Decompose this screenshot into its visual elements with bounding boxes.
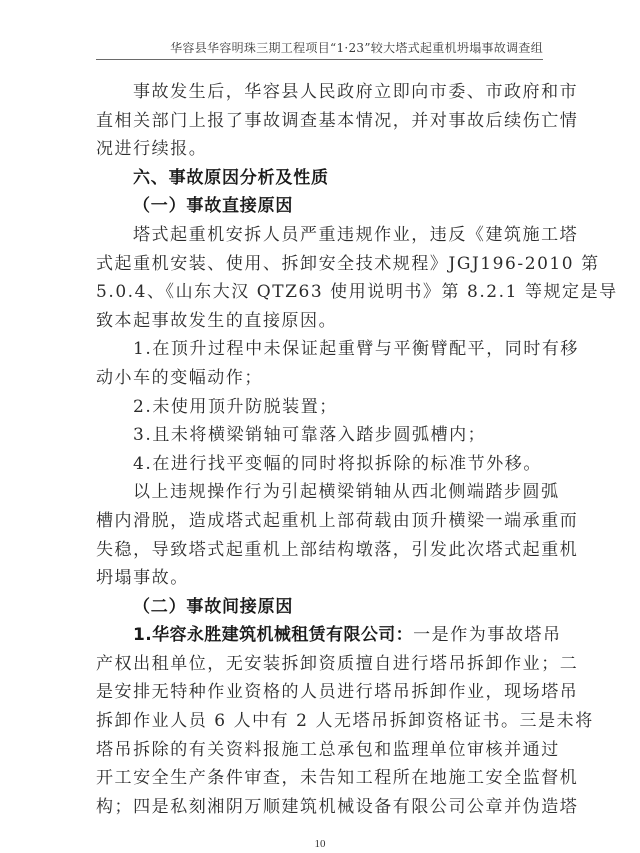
paragraph-line: 失稳，导致塔式起重机上部结构墩落，引发此次塔式起重机	[96, 536, 548, 565]
running-header: 华容县华容明珠三期工程项目“1·23”较大塔式起重机坍塌事故调查组	[96, 40, 543, 60]
paragraph-line: 坍塌事故。	[96, 564, 548, 593]
paragraph-line: 开工安全生产条件审查，未告知工程所在地施工安全监督机	[96, 764, 548, 793]
section-heading: 六、事故原因分析及性质	[96, 164, 548, 193]
paragraph-line: 5.0.4、《山东大汉 QTZ63 使用说明书》第 8.2.1 等规定是导	[96, 278, 548, 307]
paragraph-text: 一是作为事故塔吊	[413, 625, 561, 645]
subsection-heading: （二）事故间接原因	[96, 593, 548, 622]
paragraph-line: 槽内滑脱，造成塔式起重机上部荷载由顶升横梁一端承重而	[96, 507, 548, 536]
paragraph-line: 致本起事故发生的直接原因。	[96, 307, 548, 336]
paragraph-line: 以上违规操作行为引起横梁销轴从西北侧端踏步圆弧	[96, 478, 548, 507]
list-item: 2.未使用顶升防脱装置；	[96, 393, 548, 422]
list-item-continuation: 动小车的变幅动作；	[96, 364, 548, 393]
paragraph-line: 塔吊拆除的有关资料报施工总承包和监理单位审核并通过	[96, 736, 548, 765]
document-body: 事故发生后，华容县人民政府立即向市委、市政府和市 直相关部门上报了事故调查基本情…	[96, 78, 548, 821]
paragraph-line: 直相关部门上报了事故调查基本情况，并对事故后续伤亡情	[96, 107, 548, 136]
paragraph-line: 是安排无特种作业资格的人员进行塔吊拆卸作业，现场塔吊	[96, 678, 548, 707]
paragraph-line: 拆卸作业人员 6 人中有 2 人无塔吊拆卸资格证书。三是未将	[96, 707, 548, 736]
company-name: 1.华容永胜建筑机械租赁有限公司：	[133, 625, 413, 645]
page-number: 10	[0, 838, 640, 850]
paragraph-line: 式起重机安装、使用、拆卸安全技术规程》JGJ196-2010 第	[96, 250, 548, 279]
list-item: 1.在顶升过程中未保证起重臂与平衡臂配平，同时有移	[96, 335, 548, 364]
list-item: 3.且未将横梁销轴可靠落入踏步圆弧槽内；	[96, 421, 548, 450]
paragraph-line: 事故发生后，华容县人民政府立即向市委、市政府和市	[96, 78, 548, 107]
paragraph-line: 1.华容永胜建筑机械租赁有限公司：一是作为事故塔吊	[96, 621, 548, 650]
list-item: 4.在进行找平变幅的同时将拟拆除的标准节外移。	[96, 450, 548, 479]
subsection-heading: （一）事故直接原因	[96, 192, 548, 221]
paragraph-line: 况进行续报。	[96, 135, 548, 164]
header-title: 华容县华容明珠三期工程项目“1·23”较大塔式起重机坍塌事故调查组	[170, 41, 543, 55]
paragraph-line: 构；四是私刻湘阴万顺建筑机械设备有限公司公章并伪造塔	[96, 793, 548, 822]
paragraph-line: 产权出租单位，无安装拆卸资质擅自进行塔吊拆卸作业；二	[96, 650, 548, 679]
paragraph-line: 塔式起重机安拆人员严重违规作业，违反《建筑施工塔	[96, 221, 548, 250]
